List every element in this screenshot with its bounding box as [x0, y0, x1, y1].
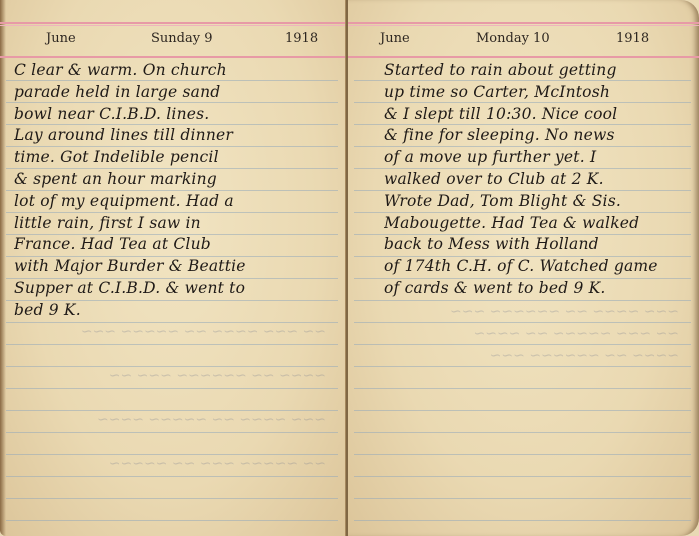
entry-line: little rain, first I saw in: [14, 213, 336, 235]
header-year: 1918: [616, 31, 649, 46]
bleed-through-text: ~~~~ ~~ ~~~~~~ ~~~: [368, 346, 679, 368]
ruled-line: [6, 520, 338, 521]
ruled-line: [354, 388, 691, 389]
right-page: June Monday 10 1918 ~~~ ~~~~ ~~ ~~~~~~ ~…: [348, 0, 699, 536]
bleed-through-text: ~~~ ~~~~ ~~ ~~~~~ ~~~~: [20, 410, 326, 432]
left-page: June Sunday 9 1918 ~~ ~~~ ~~~~ ~~ ~~~~~ …: [0, 0, 346, 536]
entry-line: of 174th C.H. of C. Watched game: [384, 256, 689, 278]
entry-line: walked over to Club at 2 K.: [384, 169, 689, 191]
entry-line: lot of my equipment. Had a: [14, 191, 336, 213]
ruled-line: [6, 476, 338, 477]
ruled-line: [354, 498, 691, 499]
entry-line: France. Had Tea at Club: [14, 234, 336, 256]
header-day: Sunday 9: [151, 31, 212, 46]
left-page-header: June Sunday 9 1918: [0, 31, 346, 51]
ruled-line: [6, 498, 338, 499]
diary-spread: June Sunday 9 1918 ~~ ~~~ ~~~~ ~~ ~~~~~ …: [0, 0, 699, 536]
entry-line: of cards & went to bed 9 K.: [384, 278, 689, 300]
header-month: June: [380, 31, 410, 46]
header-rule-top: [0, 22, 346, 24]
header-month: June: [46, 31, 76, 46]
header-rule-top: [348, 22, 699, 24]
header-day: Monday 10: [476, 31, 550, 46]
bleed-through-text: ~~ ~~~ ~~~~~ ~~ ~~~~: [368, 324, 679, 346]
ruled-line: [354, 410, 691, 411]
right-page-entry: Started to rain about getting up time so…: [384, 60, 689, 300]
entry-line: Supper at C.I.B.D. & went to: [14, 278, 336, 300]
bleed-through-text: ~~ ~~~ ~~~~ ~~ ~~~~~ ~~~: [20, 322, 326, 344]
ruled-line: [6, 344, 338, 345]
entry-line: & I slept till 10:30. Nice cool: [384, 104, 689, 126]
ruled-line: [354, 432, 691, 433]
entry-line: Started to rain about getting: [384, 60, 689, 82]
header-rule-bottom: [0, 56, 346, 58]
ruled-line: [354, 476, 691, 477]
entry-line: back to Mess with Holland: [384, 234, 689, 256]
entry-line: C lear & warm. On church: [14, 60, 336, 82]
ruled-line: [354, 454, 691, 455]
entry-line: parade held in large sand: [14, 82, 336, 104]
header-rule-top-thin: [0, 25, 346, 26]
entry-line: Mabougette. Had Tea & walked: [384, 213, 689, 235]
entry-line: time. Got Indelible pencil: [14, 147, 336, 169]
entry-line: up time so Carter, McIntosh: [384, 82, 689, 104]
header-rule-top-thin: [348, 25, 699, 26]
ruled-line: [6, 432, 338, 433]
entry-line: bed 9 K.: [14, 300, 336, 322]
bleed-through-text: ~~~~ ~~ ~~~~~~ ~~~ ~~: [20, 366, 326, 388]
bleed-through-text: ~~ ~~~~~ ~~~ ~~ ~~~~~: [20, 454, 326, 476]
entry-line: Lay around lines till dinner: [14, 125, 336, 147]
entry-line: Wrote Dad, Tom Blight & Sis.: [384, 191, 689, 213]
entry-line: of a move up further yet. I: [384, 147, 689, 169]
ruled-line: [354, 520, 691, 521]
entry-line: & spent an hour marking: [14, 169, 336, 191]
header-rule-bottom: [348, 56, 699, 58]
ruled-line: [6, 388, 338, 389]
left-page-entry: C lear & warm. On church parade held in …: [14, 60, 336, 322]
right-page-header: June Monday 10 1918: [348, 31, 699, 51]
ruled-line: [354, 300, 691, 301]
bleed-through-text: ~~~ ~~~~ ~~ ~~~~~~ ~~~: [368, 302, 679, 324]
entry-line: bowl near C.I.B.D. lines.: [14, 104, 336, 126]
header-year: 1918: [285, 31, 318, 46]
entry-line: & fine for sleeping. No news: [384, 125, 689, 147]
entry-line: with Major Burder & Beattie: [14, 256, 336, 278]
